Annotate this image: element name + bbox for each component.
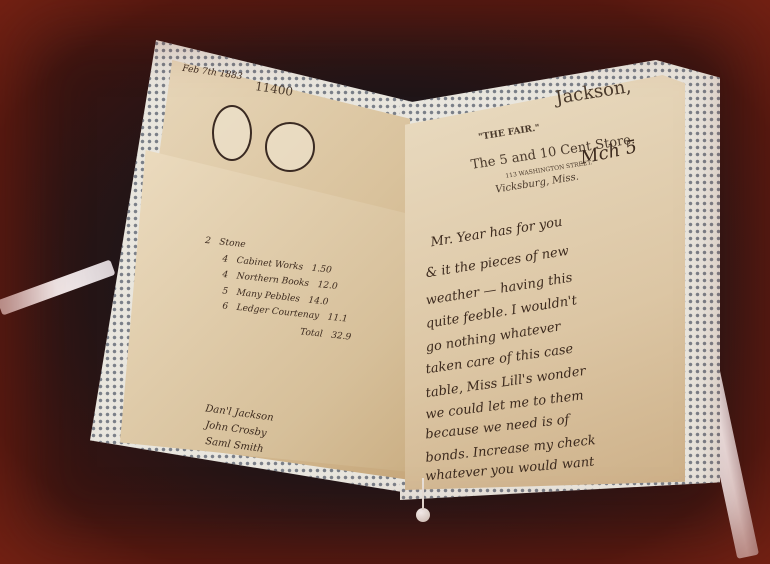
photo-scene: 11400 Feb 7th 1883 2 Stone 4 Cabinet Wor… <box>0 0 770 564</box>
ledger-value: 1.50 <box>311 264 332 276</box>
ledger-value: 14.0 <box>308 296 329 308</box>
ledger-num: 5 <box>222 286 229 297</box>
ledger-value: 12.0 <box>317 280 338 292</box>
ledger-num: 2 <box>205 236 212 247</box>
ledger-num: 4 <box>222 270 229 281</box>
bookmark-bead <box>416 508 430 522</box>
oval-stamp-icon <box>212 105 252 161</box>
ledger-value: 32.9 <box>331 331 352 343</box>
ledger-value: 11.1 <box>327 313 348 325</box>
ledger-num: 6 <box>222 301 229 312</box>
round-stamp-icon <box>265 122 315 172</box>
bookmark-string <box>422 478 424 510</box>
ledger-num: 4 <box>222 254 229 265</box>
left-ribbon <box>0 259 115 315</box>
